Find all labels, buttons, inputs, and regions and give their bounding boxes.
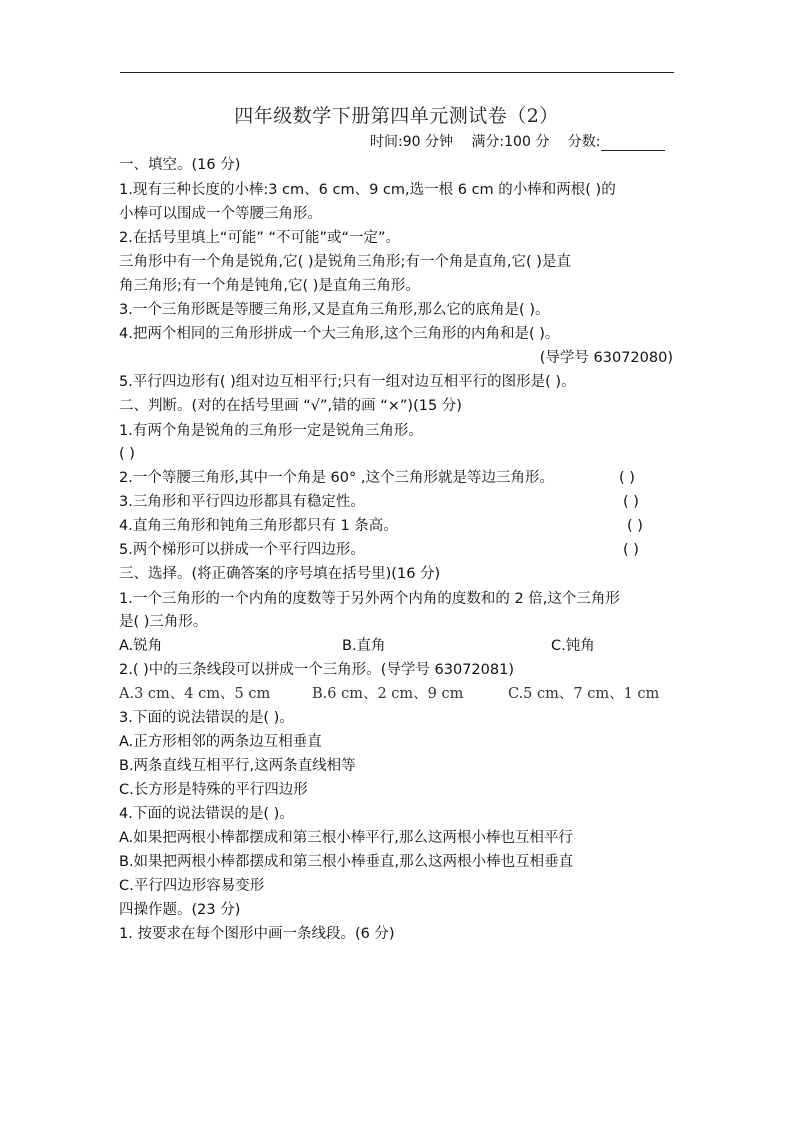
s3-q3-option-b: B.两条直线互相平行,这两条直线相等 [119,756,356,776]
exam-page: 四年级数学下册第四单元测试卷（2） 时间:90 分钟 满分:100 分 分数: … [0,0,793,1122]
s1-q1-line1: 1.现有三种长度的小棒:3 cm、6 cm、9 cm,选一根 6 cm 的小棒和… [119,180,616,200]
s2-q4-answer-paren[interactable]: ( ) [627,516,643,536]
s4-q1: 1. 按要求在每个图形中画一条线段。(6 分) [119,924,395,944]
s3-q4-option-b: B.如果把两根小棒都摆成和第三根小棒垂直,那么这两根小棒也互相垂直 [119,852,573,872]
s3-q4: 4.下面的说法错误的是( )。 [119,804,294,824]
s1-q2-line1: 2.在括号里填上“可能” “不可能”或“一定”。 [119,228,400,248]
section3-heading: 三、选择。(将正确答案的序号填在括号里)(16 分) [119,564,440,584]
header-rule [120,72,674,73]
s2-q5-answer-paren[interactable]: ( ) [623,540,639,560]
full-score-label: 满分:100 分 [471,134,549,150]
section2-heading: 二、判断。(对的在括号里画 “√”,错的画 “×”)(15 分) [119,396,462,416]
score-label: 分数: [568,134,601,150]
s1-q4: 4.把两个相同的三角形拼成一个大三角形,这个三角形的内角和是( )。 [119,324,559,344]
s3-q1-option-c: C.钝角 [551,636,595,656]
s3-q3: 3.下面的说法错误的是( )。 [119,708,294,728]
s3-q3-option-a: A.正方形相邻的两条边互相垂直 [119,732,322,752]
s1-q3: 3.一个三角形既是等腰三角形,又是直角三角形,那么它的底角是( )。 [119,300,549,320]
s2-q1-answer-paren[interactable]: ( ) [119,444,135,464]
s2-q3: 3.三角形和平行四边形都具有稳定性。 [119,492,365,512]
s3-q1-line2: 是( )三角形。 [119,612,207,632]
s3-q2-option-a: A.3 cm、4 cm、5 cm [119,684,270,704]
s3-q2-option-c: C.5 cm、7 cm、1 cm [508,684,659,704]
s3-q4-option-c: C.平行四边形容易变形 [119,876,264,896]
s1-q2-line3: 角三角形;有一个角是钝角,它( )是直角三角形。 [119,276,420,296]
s2-q3-answer-paren[interactable]: ( ) [623,492,639,512]
exam-meta: 时间:90 分钟 满分:100 分 分数: [370,131,674,151]
s2-q2-answer-paren[interactable]: ( ) [619,468,635,488]
s2-q2: 2.一个等腰三角形,其中一个角是 60° ,这个三角形就是等边三角形。 [119,468,554,488]
s3-q1-option-a: A.锐角 [119,636,162,656]
s1-q4-reference: (导学号 63072080) [540,348,673,368]
s3-q1-line1: 1.一个三角形的一个内角的度数等于另外两个内角的度数和的 2 倍,这个三角形 [119,589,620,609]
time-label: 时间:90 分钟 [370,134,453,150]
s3-q4-option-a: A.如果把两根小棒都摆成和第三根小棒平行,那么这两根小棒也互相平行 [119,828,573,848]
s3-q2-option-b: B.6 cm、2 cm、9 cm [312,684,463,704]
s3-q2: 2.( )中的三条线段可以拼成一个三角形。(导学号 63072081) [119,660,514,680]
s2-q1: 1.有两个角是锐角的三角形一定是锐角三角形。 [119,421,423,441]
s2-q5: 5.两个梯形可以拼成一个平行四边形。 [119,540,365,560]
section4-heading: 四操作题。(23 分) [119,900,240,920]
section1-heading: 一、填空。(16 分) [119,155,240,175]
exam-title: 四年级数学下册第四单元测试卷（2） [0,101,793,128]
score-blank[interactable] [601,136,665,151]
s3-q1-option-b: B.直角 [342,636,386,656]
s1-q1-line2: 小棒可以围成一个等腰三角形。 [119,204,322,224]
s1-q2-line2: 三角形中有一个角是锐角,它( )是锐角三角形;有一个角是直角,它( )是直 [119,252,571,272]
s2-q4: 4.直角三角形和钝角三角形都只有 1 条高。 [119,516,398,536]
s1-q5: 5.平行四边形有( )组对边互相平行;只有一组对边互相平行的图形是( )。 [119,372,576,392]
s3-q3-option-c: C.长方形是特殊的平行四边形 [119,780,308,800]
